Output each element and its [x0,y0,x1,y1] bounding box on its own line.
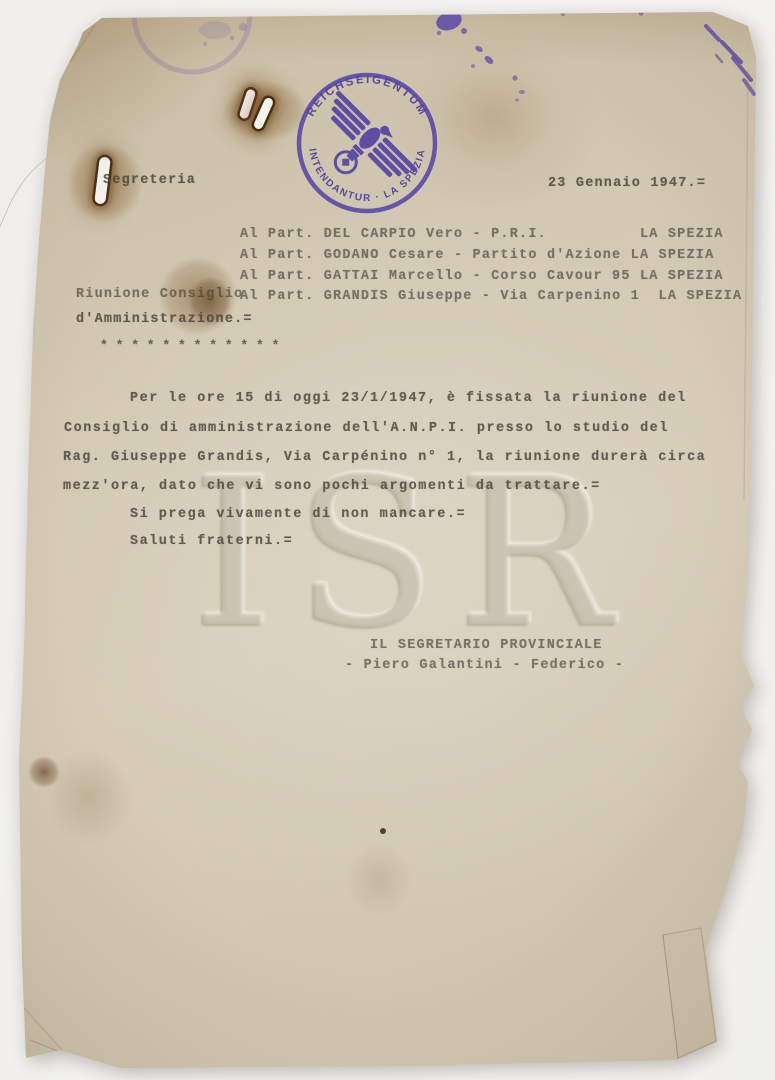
recipient-line: Al Part. GATTAI Marcello - Corso Cavour … [240,268,724,286]
recipient-line: Al Part. GODANO Cesare - Partito d'Azion… [240,247,714,265]
svg-text:REICHSEIGENTUM: REICHSEIGENTUM [305,74,429,119]
side-note-line: d'Amministrazione.= [76,311,253,329]
separator-asterisks: * * * * * * * * * * * * [100,338,279,355]
ink-dot [380,828,386,834]
folded-corner [663,928,716,1058]
scorch-stain [333,828,425,930]
scanned-letter: ISR REICHSEIGENTUM INTENDANTUR · LA SPEZ… [0,0,775,1080]
body-line: mezz'ora, dato che vi sono pochi argomen… [63,478,601,496]
recipient-line: Al Part. DEL CARPIO Vero - P.R.I. LA SPE… [240,226,724,244]
recipient-line: Al Part. GRANDIS Giuseppe - Via Carpenin… [240,288,742,306]
signature-name: - Piero Galantini - Federico - [345,657,624,675]
paper-shadow-wrap: ISR REICHSEIGENTUM INTENDANTUR · LA SPEZ… [0,0,775,1080]
stamp-top-text: REICHSEIGENTUM [305,74,429,119]
intendantur-stamp: REICHSEIGENTUM INTENDANTUR · LA SPEZIA [292,63,444,221]
closing-salute-line: Saluti fraterni.= [130,533,293,551]
burn-hole [239,88,257,119]
scorch-stain [30,733,148,861]
secretariat-label: Segreteria [103,172,196,190]
date-line: 23 Gennaio 1947.= [548,175,706,193]
body-line: Consiglio di amministrazione dell'A.N.P.… [64,420,669,438]
paper-sheet: ISR REICHSEIGENTUM INTENDANTUR · LA SPEZ… [0,0,775,1080]
closing-request-line: Si prega vivamente di non mancare.= [130,506,466,524]
side-note-line: Riunione Consiglio [76,286,243,304]
signature-title: IL SEGRETARIO PROVINCIALE [370,637,603,655]
body-line: Rag. Giuseppe Grandis, Via Carpénino n° … [63,449,706,467]
body-line: Per le ore 15 di oggi 23/1/1947, è fissa… [130,390,687,408]
ink-splatter-corner [706,26,754,94]
burn-hole [253,97,275,131]
faint-stamp-ghost [134,0,250,72]
ink-splatter [434,8,644,101]
scorch-stain-core [24,752,64,792]
